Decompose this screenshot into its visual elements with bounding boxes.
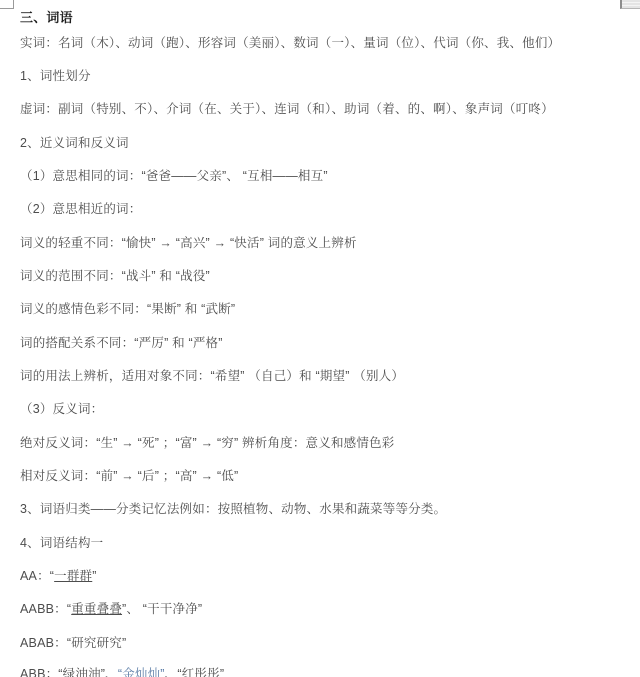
- line-pos-division: 1、词性划分: [20, 69, 91, 84]
- scrollbar-corner-fragment-right: [620, 0, 640, 9]
- line-antonyms-header: （3）反义词：: [20, 402, 103, 417]
- document-page: 三、词语 实词：名词（木）、动词（跑）、形容词（美丽）、数词（一）、量词（位）、…: [0, 0, 640, 677]
- line-structure-aabb: AABB：“重重叠叠”、 “干干净净”: [20, 602, 202, 617]
- aa-suffix: ”: [92, 569, 96, 583]
- line-function-words: 虚词：副词（特别、不）、介词（在、关于）、连词（和）、助词（着、的、啊）、象声词…: [20, 102, 554, 117]
- line-word-classification: 3、词语归类——分类记忆法例如：按照植物、动物、水果和蔬菜等等分类。: [20, 502, 446, 517]
- line-emotion-difference: 词义的感情色彩不同：“果断” 和 “武断”: [20, 302, 235, 317]
- line-structure-aa: AA：“一群群”: [20, 569, 97, 584]
- table-corner-fragment-left: [0, 0, 14, 9]
- section-heading: 三、词语: [20, 7, 73, 26]
- aa-prefix: AA：“: [20, 569, 54, 583]
- line-similar-meaning: （2）意思相近的词：: [20, 202, 141, 217]
- line-weight-difference: 词义的轻重不同：“愉快” → “高兴” → “快活” 词的意义上辨析: [20, 236, 357, 251]
- line-collocation-difference: 词的搭配关系不同：“严厉” 和 “严格”: [20, 336, 223, 351]
- line-word-structure-one: 4、词语结构一: [20, 536, 103, 551]
- line-absolute-antonyms: 绝对反义词：“生” → “死” ；“富” → “穷” 辨析角度：意义和感情色彩: [20, 436, 394, 451]
- link-yiqunqun[interactable]: 一群群: [54, 569, 92, 583]
- line-structure-abab: ABAB：“研究研究”: [20, 636, 126, 651]
- line-scope-difference: 词义的范围不同：“战斗” 和 “战役”: [20, 269, 210, 284]
- abb-prefix: ABB：“绿油油”、: [20, 667, 118, 677]
- line-synonym-antonym: 2、近义词和反义词: [20, 136, 129, 151]
- link-chongchongdiedie[interactable]: 重重叠叠: [71, 602, 122, 616]
- line-structure-abb-partial: ABB：“绿油油”、“金灿灿”、“红彤彤”: [20, 667, 224, 677]
- line-real-words: 实词：名词（木）、动词（跑）、形容词（美丽）、数词（一）、量词（位）、代词（你、…: [20, 36, 560, 51]
- line-usage-difference: 词的用法上辨析，适用对象不同：“希望” （自己）和 “期望” （别人）: [20, 369, 404, 384]
- aabb-prefix: AABB：“: [20, 602, 71, 616]
- line-same-meaning: （1）意思相同的词：“爸爸——父亲”、 “互相——相互”: [20, 169, 328, 184]
- aabb-suffix: ”、 “干干净净”: [122, 602, 202, 616]
- abb-suffix: 、“红彤彤”: [165, 667, 225, 677]
- line-relative-antonyms: 相对反义词：“前” → “后” ；“高” → “低”: [20, 469, 238, 484]
- link-jincancan[interactable]: “金灿灿”: [118, 667, 165, 677]
